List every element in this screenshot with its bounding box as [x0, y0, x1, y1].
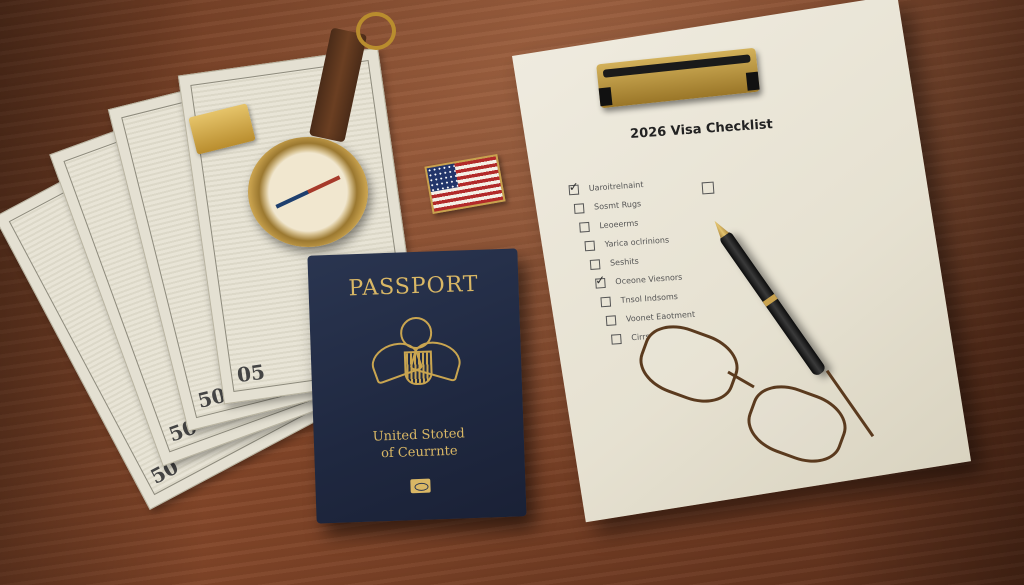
checkbox-icon — [611, 333, 622, 344]
passport-title: PASSPORT — [308, 270, 519, 302]
checkbox-icon — [584, 240, 595, 251]
checkbox-checked-icon — [568, 184, 579, 195]
key-ring — [356, 12, 396, 50]
compass-needle — [275, 175, 340, 208]
checklist-item-label: Yarica oclrinions — [604, 235, 669, 248]
checklist-item-label: Sosmt Rugs — [594, 199, 642, 211]
checkbox-icon — [600, 296, 611, 307]
checkbox-icon — [574, 203, 585, 214]
eagle-seal-icon — [370, 315, 463, 404]
checklist-item-label: Leoeerms — [599, 219, 639, 231]
passport: PASSPORT United Stoted of Ceurrnte — [307, 248, 526, 523]
passport-subtitle: United Stoted of Ceurrnte — [313, 423, 524, 464]
checkbox-icon — [590, 259, 601, 270]
banknote-denomination: 05 — [235, 360, 266, 388]
compass-icon — [248, 137, 368, 247]
checklist-item-label: Oceone Viesnors — [615, 273, 683, 287]
checklist-item-label: Voonet Eaotment — [626, 310, 696, 324]
checklist-item-label: Tnsol Indsoms — [620, 292, 678, 305]
checkbox-icon — [606, 315, 617, 326]
checklist-items: Uaroitrelnaint Sosmt Rugs Leoeerms Yaric… — [568, 172, 697, 351]
checkbox — [702, 182, 715, 195]
checklist-item-label: Seshits — [610, 257, 639, 268]
checkbox-icon — [579, 221, 590, 232]
checkbox-checked-icon — [595, 277, 606, 288]
checklist-item-label: Uaroitrelnaint — [588, 180, 643, 193]
biometric-chip-icon — [410, 479, 430, 494]
